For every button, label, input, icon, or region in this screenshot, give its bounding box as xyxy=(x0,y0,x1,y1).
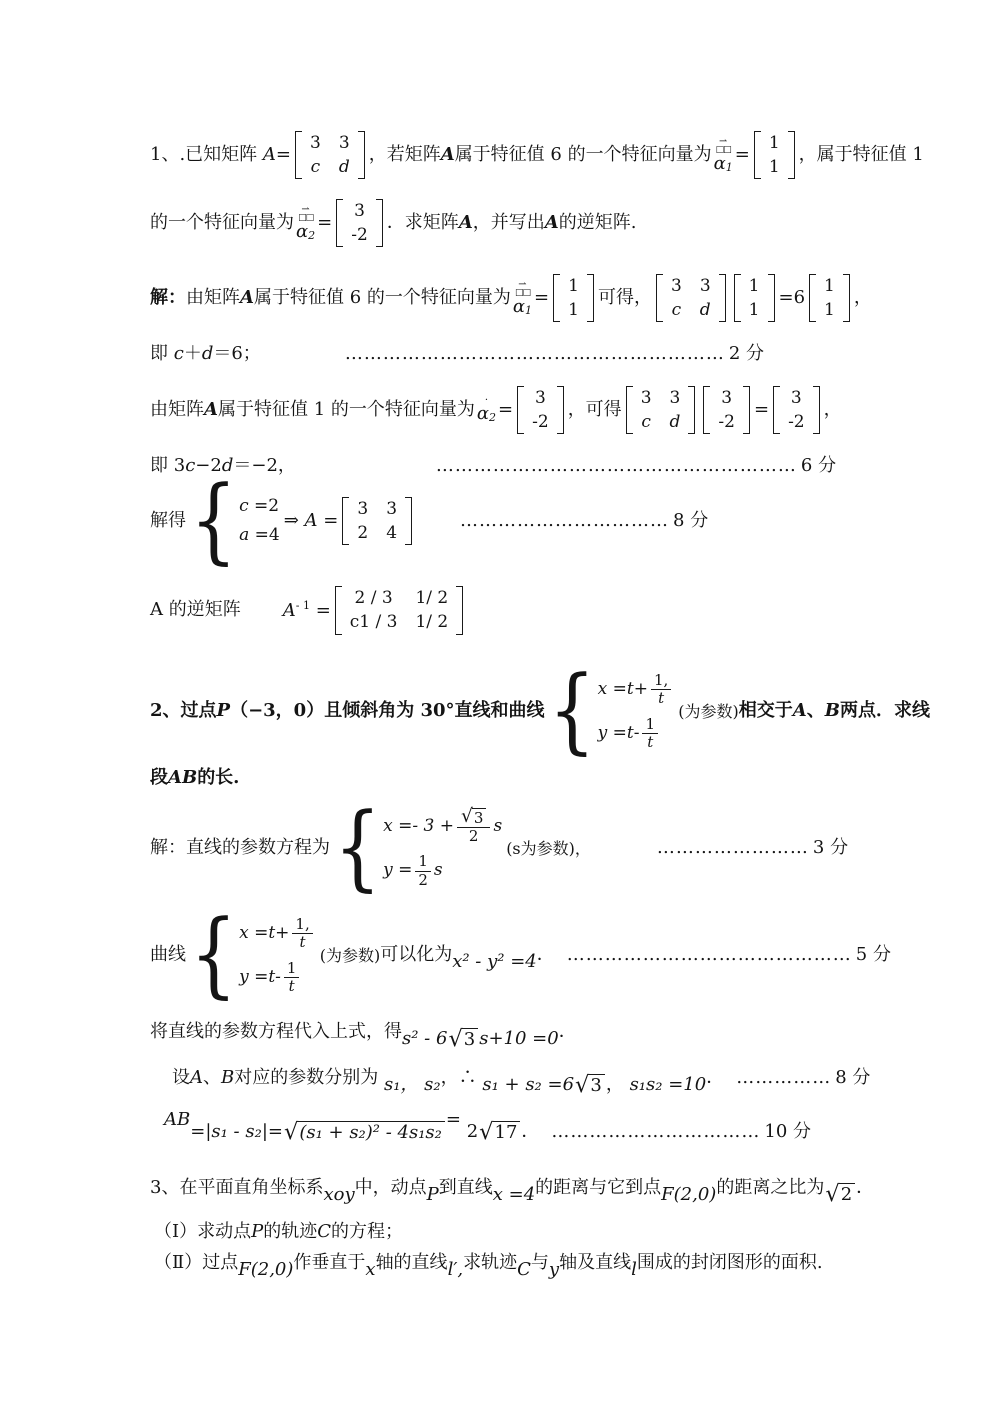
matrix-cell: 1/ 2 xyxy=(415,589,448,608)
math-run: F(2,0) xyxy=(661,1184,716,1207)
text-run: 设 xyxy=(172,1067,190,1090)
fraction-numerator: 1 xyxy=(415,853,431,871)
math-run: y = xyxy=(383,860,412,881)
math-var: A xyxy=(305,510,318,533)
math-op: = xyxy=(534,287,549,310)
sqrt-content: 2 xyxy=(839,1183,855,1205)
vector-alpha2: ·α2 xyxy=(477,397,496,423)
sqrt-sign: √ xyxy=(479,1121,493,1144)
matrix-cell: 1 xyxy=(749,277,760,296)
matrix-cell: 2 / 3 xyxy=(355,589,393,608)
math-var: AB xyxy=(168,767,197,790)
curve-parametric-system: {x =t+1,ty =t-1t xyxy=(190,916,316,995)
text-run: 的轨迹 xyxy=(263,1221,317,1244)
math-var: AB xyxy=(164,1109,190,1132)
sqrt: √3 xyxy=(461,808,487,827)
math-var: y xyxy=(598,723,608,744)
matrix-cell: d xyxy=(700,301,711,320)
sqrt-sign: √ xyxy=(825,1183,839,1206)
fraction-denominator: t xyxy=(644,734,656,751)
math-var: xoy xyxy=(323,1184,354,1207)
math-var: d xyxy=(202,343,214,366)
vector-matrix: 3-2 xyxy=(336,199,383,247)
math-var: t xyxy=(627,679,634,700)
matrix-cell: 3 xyxy=(721,389,732,408)
math-op: = xyxy=(735,144,750,167)
sqrt-content: 3 xyxy=(472,808,487,827)
text-run: ．求矩阵 xyxy=(387,212,459,235)
text-run: 轴的直线 xyxy=(376,1252,448,1275)
text-run: 曲线 xyxy=(150,944,186,967)
math-run: s² - 6 xyxy=(402,1028,447,1051)
text-run: ， xyxy=(824,399,842,422)
brace-glyph: { xyxy=(190,914,237,997)
problem3-part1: （Ⅰ）求动点P的轨迹C的方程； xyxy=(150,1221,870,1245)
math-op: + xyxy=(634,679,648,700)
curve-parametric-system: {x =t+1,ty =t-1t xyxy=(549,672,675,751)
math-var: α xyxy=(714,155,726,173)
sqrt: √17 xyxy=(479,1121,520,1144)
matrix-cell: 3 xyxy=(354,202,365,221)
solution-label: 解： xyxy=(150,287,186,310)
text-run: ，若矩阵 xyxy=(369,144,441,167)
matrix-cell: 3 xyxy=(357,500,368,519)
text-run: ． xyxy=(856,1177,874,1200)
score-label: 6 分 xyxy=(801,455,836,478)
parameter-note: (s为参数)， xyxy=(506,839,591,859)
math-var: B xyxy=(825,700,840,723)
text-run: 可得， xyxy=(598,287,652,310)
math-op: = xyxy=(276,144,291,167)
math-run: F(2,0) xyxy=(238,1259,293,1282)
fraction-denominator: t xyxy=(655,690,667,707)
text-run: 两点．求线 xyxy=(840,700,930,723)
math-sub: 1 xyxy=(726,162,733,173)
text-run: ． xyxy=(521,1121,539,1144)
problem1-inverse-matrix: A 的逆矩阵A- 1 =2 / 31/ 2c1 / 31/ 2 xyxy=(150,579,870,643)
matrix-cell: d xyxy=(339,158,350,177)
matrix-cell: 4 xyxy=(386,524,397,543)
math-run: =|s₁ - s₂|= xyxy=(190,1121,283,1144)
problem1-step-8pts: 解得{c =2a =4⇒ A =3324……………………………8 分 xyxy=(150,488,870,555)
math-var: A xyxy=(283,600,296,621)
math-op: = xyxy=(779,287,794,310)
fraction: 1,t xyxy=(651,672,671,708)
solution-label: 解： xyxy=(150,837,186,860)
math-var: C xyxy=(517,1259,531,1282)
sqrt-content: 3 xyxy=(462,1028,478,1050)
fraction: 1,t xyxy=(292,916,312,952)
fraction: 1t xyxy=(284,960,300,996)
matrix-cell: c xyxy=(672,301,682,320)
matrix-cell: 1 xyxy=(749,301,760,320)
dotted-leader: …………………………… xyxy=(551,1121,760,1144)
math-var: l′, xyxy=(448,1259,464,1282)
document-page: 1、.已知矩阵 A=33cd，若矩阵A属于特征值 6 的一个特征向量为⇀□□α1… xyxy=(0,0,1000,1415)
fraction-denominator: 2 xyxy=(466,828,482,845)
matrix-cell: 2 xyxy=(357,524,368,543)
math-var: t xyxy=(627,723,634,744)
math-op: = xyxy=(323,510,338,533)
dotted-leader: ………………………………………………… xyxy=(436,455,797,478)
sqrt-content: 17 xyxy=(493,1121,521,1143)
vector-alpha1: ⇀□□α1 xyxy=(513,281,532,316)
matrix-cell: 1 xyxy=(769,134,780,153)
sqrt-content: 3 xyxy=(588,1074,604,1096)
problem2-substitution: 将直线的参数方程代入上式，得s² - 6√3s+10 =0． xyxy=(150,1011,870,1055)
matrix-cell: 1 xyxy=(824,277,835,296)
math-op: - xyxy=(634,723,640,744)
fraction-numerator: 1, xyxy=(651,672,671,690)
text-run: ＝−2， xyxy=(233,455,296,478)
parameter-note: (为参数) xyxy=(678,702,739,722)
dotted-leader: …………… xyxy=(736,1067,831,1090)
text-run: ＝6； xyxy=(213,343,260,366)
score-label: 5 分 xyxy=(856,944,891,967)
math-op: = xyxy=(317,212,332,235)
math-var: B xyxy=(221,1067,234,1090)
fraction-numerator: 1, xyxy=(292,916,312,934)
matrix-cell: 3 xyxy=(670,389,681,408)
matrix-inverse: 2 / 31/ 2c1 / 31/ 2 xyxy=(335,586,463,634)
matrix-cell: -2 xyxy=(532,413,549,432)
math-op: = xyxy=(754,399,769,422)
sqrt-sign: √ xyxy=(575,1074,589,1097)
text-run: （Ⅱ）过点 xyxy=(154,1252,238,1275)
text-run: ， xyxy=(854,287,872,310)
problem3-header: 3、在平面直角坐标系xoy中，动点P到直线x =4的距离与它到点F(2,0)的距… xyxy=(150,1169,870,1209)
math-op: = xyxy=(446,1109,461,1132)
math-run: =4 xyxy=(249,525,279,546)
brace-glyph: { xyxy=(549,670,596,753)
text-run: 属于特征值 6 的一个特征向量为 xyxy=(455,144,712,167)
text-run: 的长. xyxy=(197,767,239,790)
math-var: α xyxy=(477,405,489,423)
score-label: 2 分 xyxy=(729,343,764,366)
math-run: y =t- xyxy=(239,967,281,988)
problem2-header-wrap: 段AB的长. xyxy=(150,767,870,791)
math-sub: 1 xyxy=(525,305,532,316)
matrix-cell: -2 xyxy=(788,413,805,432)
text-run: 属于特征值 1 的一个特征向量为 xyxy=(218,399,475,422)
score-label: 10 分 xyxy=(764,1121,811,1144)
text-run: 相交于 xyxy=(739,700,793,723)
inverse-expression: A- 1 = xyxy=(283,599,331,623)
text-run: 作垂直于 xyxy=(293,1252,365,1275)
fraction-numerator: 1 xyxy=(284,960,300,978)
text-run: （Ⅰ）求动点 xyxy=(154,1221,251,1244)
dotted-leader: ……………………………………… xyxy=(567,944,852,967)
math-var: A xyxy=(204,399,218,422)
text-run: 解得 xyxy=(150,510,186,533)
text-run: ， xyxy=(606,1074,630,1097)
text-run: 属于特征值 6 的一个特征向量为 xyxy=(254,287,511,310)
matrix-cell: 3 xyxy=(535,389,546,408)
problem2-vieta: 设A、B对应的参数分别为 s₁， s₂，∴ s₁ + s₂ =6√3， s₁s₂… xyxy=(150,1059,870,1099)
problem2-ab-length: AB=|s₁ - s₂|=√(s₁ + s₂)² - 4s₁s₂= 2√17．…… xyxy=(150,1105,870,1161)
score-label: 8 分 xyxy=(835,1067,870,1090)
sqrt: √3 xyxy=(448,1028,478,1051)
matrix-cell: 3 xyxy=(671,277,682,296)
problem2-header: 2、过点P（−3，0）且倾斜角为 30°直线和曲线{x =t+1,ty =t-1… xyxy=(150,657,870,767)
sqrt-sign: √ xyxy=(448,1028,462,1051)
problem3-part2: （Ⅱ）过点F(2,0)作垂直于x轴的直线l′,求轨迹C与y轴及直线l围成的封闭图… xyxy=(150,1247,870,1281)
fraction: 12 xyxy=(415,853,431,889)
brace-glyph: { xyxy=(334,807,381,890)
text-run: 围成的封闭图形的面积. xyxy=(637,1252,823,1275)
matrix-cell: 1 xyxy=(568,277,579,296)
text-run: 、 xyxy=(203,1067,221,1090)
math-run: =2 xyxy=(249,496,279,517)
implies-arrow: ⇒ xyxy=(284,510,299,533)
fraction-denominator: 2 xyxy=(415,872,431,889)
text-run: A 的逆矩阵 xyxy=(150,599,241,622)
math-var: A xyxy=(240,287,254,310)
text-run: ，属于特征值 1 xyxy=(799,144,924,167)
math-var: P xyxy=(251,1221,263,1244)
problem1-solution-line1: 解：由矩阵A属于特征值 6 的一个特征向量为⇀□□α1=11可得，33cd11=… xyxy=(150,262,870,334)
math-sub: 2 xyxy=(489,412,496,423)
score-label: 8 分 xyxy=(673,510,708,533)
text-run: 的方程； xyxy=(331,1221,403,1244)
problem1-line2: 的一个特征向量为⇀□□α2=3-2．求矩阵A，并写出A的逆矩阵. xyxy=(150,194,870,252)
text-run: 即 3 xyxy=(150,455,185,478)
text-run: 的距离之比为 xyxy=(716,1177,824,1200)
sqrt: √3 xyxy=(575,1074,605,1097)
math-var: c xyxy=(174,343,184,366)
math-var: A xyxy=(459,212,473,235)
problem2-solution-line2: 曲线{x =t+1,ty =t-1t(为参数)可以化为x² - y² =4．……… xyxy=(150,907,870,1005)
math-sup: - 1 xyxy=(296,599,310,612)
math-var: x xyxy=(365,1259,375,1282)
text-run: 3、在平面直角坐标系 xyxy=(150,1177,323,1200)
text-run: 的一个特征向量为 xyxy=(150,212,294,235)
vector-matrix: 3-2 xyxy=(517,386,564,434)
dotted-leader: …………………………… xyxy=(460,510,669,533)
math-var: P xyxy=(217,700,231,723)
matrix-cell: c1 / 3 xyxy=(350,613,398,632)
vector-matrix: 11 xyxy=(734,274,775,322)
matrix-A-result: 3324 xyxy=(342,497,412,545)
text-run: 求轨迹 xyxy=(463,1252,517,1275)
math-var: A xyxy=(263,144,276,167)
sqrt-sign: √ xyxy=(284,1121,298,1144)
matrix-cell: c xyxy=(311,158,321,177)
matrix-cell: 3 xyxy=(791,389,802,408)
vector-matrix: 3-2 xyxy=(773,386,820,434)
vector-alpha1: ⇀□□α1 xyxy=(714,138,733,173)
text-run: 即 xyxy=(150,343,174,366)
text-run: 中，动点 xyxy=(355,1177,427,1200)
matrix-A: 33cd xyxy=(656,274,726,322)
math-var: A xyxy=(545,212,559,235)
vector-alpha2: ⇀□□α2 xyxy=(296,206,315,241)
math-var: α xyxy=(513,298,525,316)
math-formula: x² - y² =4 xyxy=(452,951,537,974)
text-run: ． xyxy=(706,1067,724,1090)
math-var: c xyxy=(239,496,249,517)
fraction-denominator: t xyxy=(297,934,309,951)
math-var: A xyxy=(441,144,455,167)
matrix-cell: 1/ 2 xyxy=(415,613,448,632)
math-var: s xyxy=(434,860,443,881)
fraction-denominator: t xyxy=(286,978,298,995)
text-run: 到直线 xyxy=(439,1177,493,1200)
problem1-step-6pts: 即 3c−2d＝−2，…………………………………………………6 分 xyxy=(150,454,870,478)
math-var: x xyxy=(598,679,608,700)
math-var: A xyxy=(793,700,807,723)
equation-system: {c =2a =4 xyxy=(190,488,280,555)
text-run: ，∴ xyxy=(441,1067,483,1090)
fraction-numerator: 1 xyxy=(642,716,658,734)
text-run: 与 xyxy=(531,1252,549,1275)
math-op: = xyxy=(498,399,513,422)
matrix-cell: 1 xyxy=(769,158,780,177)
matrix-cell: 3 xyxy=(700,277,711,296)
math-run: x =- 3 + xyxy=(383,816,454,837)
problem1-step-2pts: 即 c＋d＝6；……………………………………………………2 分 xyxy=(150,342,870,366)
problem2-solution-line1: 解：直线的参数方程为{x =- 3 +√32sy =12s(s为参数)，…………… xyxy=(150,799,870,899)
vector-matrix: 11 xyxy=(754,131,795,179)
math-coef: 2 xyxy=(467,1121,478,1144)
math-var: s xyxy=(493,816,502,837)
problem1-solution-line2: 由矩阵A属于特征值 1 的一个特征向量为·α2=3-2，可得33cd3-2=3-… xyxy=(150,372,870,448)
sqrt: √(s₁ + s₂)² - 4s₁s₂ xyxy=(284,1121,445,1144)
dotted-leader: …………………… xyxy=(657,837,809,860)
math-var: y xyxy=(549,1259,559,1282)
math-var: a xyxy=(239,525,249,546)
text-run: ，并写出 xyxy=(473,212,545,235)
matrix-cell: 1 xyxy=(824,301,835,320)
math-sub: 2 xyxy=(308,230,315,241)
vector-matrix: 11 xyxy=(553,274,594,322)
math-var: α xyxy=(296,223,308,241)
text-run: 将直线的参数方程代入上式，得 xyxy=(150,1021,402,1044)
matrix-cell: 3 xyxy=(641,389,652,408)
text-run: 段 xyxy=(150,767,168,790)
math-run: s₁， s₂ xyxy=(384,1074,441,1097)
text-run: 对应的参数分别为 xyxy=(234,1067,384,1090)
math-run: s₁ + s₂ =6 xyxy=(482,1074,574,1097)
vector-matrix: 11 xyxy=(809,274,850,322)
math-run: x =4 xyxy=(493,1184,535,1207)
text-run: （−3，0）且倾斜角为 30°直线和曲线 xyxy=(230,700,544,723)
matrix-cell: 3 xyxy=(386,500,397,519)
sqrt-content: (s₁ + s₂)² - 4s₁s₂ xyxy=(297,1121,445,1143)
fraction: 1t xyxy=(642,716,658,752)
text-run: 、 xyxy=(807,700,825,723)
matrix-cell: -2 xyxy=(718,413,735,432)
math-coef: 6 xyxy=(794,287,805,310)
text-run: ． xyxy=(559,1021,577,1044)
matrix-cell: 3 xyxy=(339,134,350,153)
brace-glyph: { xyxy=(190,480,237,563)
matrix-A: 33cd xyxy=(626,386,696,434)
text-run: ． xyxy=(537,944,555,967)
math-op: ＋ xyxy=(184,343,202,366)
matrix-cell: 1 xyxy=(568,301,579,320)
text-run: 的逆矩阵. xyxy=(559,212,637,235)
parameter-note: (为参数) xyxy=(320,946,381,966)
math-var: P xyxy=(427,1184,439,1207)
math-var: A xyxy=(190,1067,203,1090)
text-run: 可以化为 xyxy=(380,944,452,967)
text-run: 1、.已知矩阵 xyxy=(150,144,263,167)
math-run: s₁s₂ =10 xyxy=(630,1074,707,1097)
math-var: l xyxy=(631,1259,637,1282)
matrix-cell: d xyxy=(670,413,681,432)
matrix-cell: 3 xyxy=(310,134,321,153)
fraction: √32 xyxy=(457,808,491,845)
math-run: s+10 =0 xyxy=(479,1028,558,1051)
score-label: 3 分 xyxy=(813,837,848,860)
text-run: 直线的参数方程为 xyxy=(186,837,330,860)
math-run: x =t+ xyxy=(239,923,289,944)
matrix-A: 33cd xyxy=(295,131,365,179)
vector-matrix: 3-2 xyxy=(703,386,750,434)
line-parametric-system: {x =- 3 +√32sy =12s xyxy=(334,808,502,889)
text-run: 2、过点 xyxy=(150,700,217,723)
matrix-cell: -2 xyxy=(351,226,368,245)
text-run: ，可得 xyxy=(568,399,622,422)
text-run: 由矩阵 xyxy=(150,399,204,422)
text-run: 轴及直线 xyxy=(559,1252,631,1275)
problem1-line1: 1、.已知矩阵 A=33cd，若矩阵A属于特征值 6 的一个特征向量为⇀□□α1… xyxy=(150,118,870,192)
math-op: = xyxy=(316,600,331,621)
sqrt: √2 xyxy=(825,1183,855,1206)
text-run: 由矩阵 xyxy=(186,287,240,310)
math-var: C xyxy=(317,1221,331,1244)
math-op: = xyxy=(607,679,627,700)
matrix-cell: c xyxy=(641,413,651,432)
dotted-leader: …………………………………………………… xyxy=(345,343,725,366)
text-run: 的距离与它到点 xyxy=(535,1177,661,1200)
math-op: = xyxy=(607,723,627,744)
